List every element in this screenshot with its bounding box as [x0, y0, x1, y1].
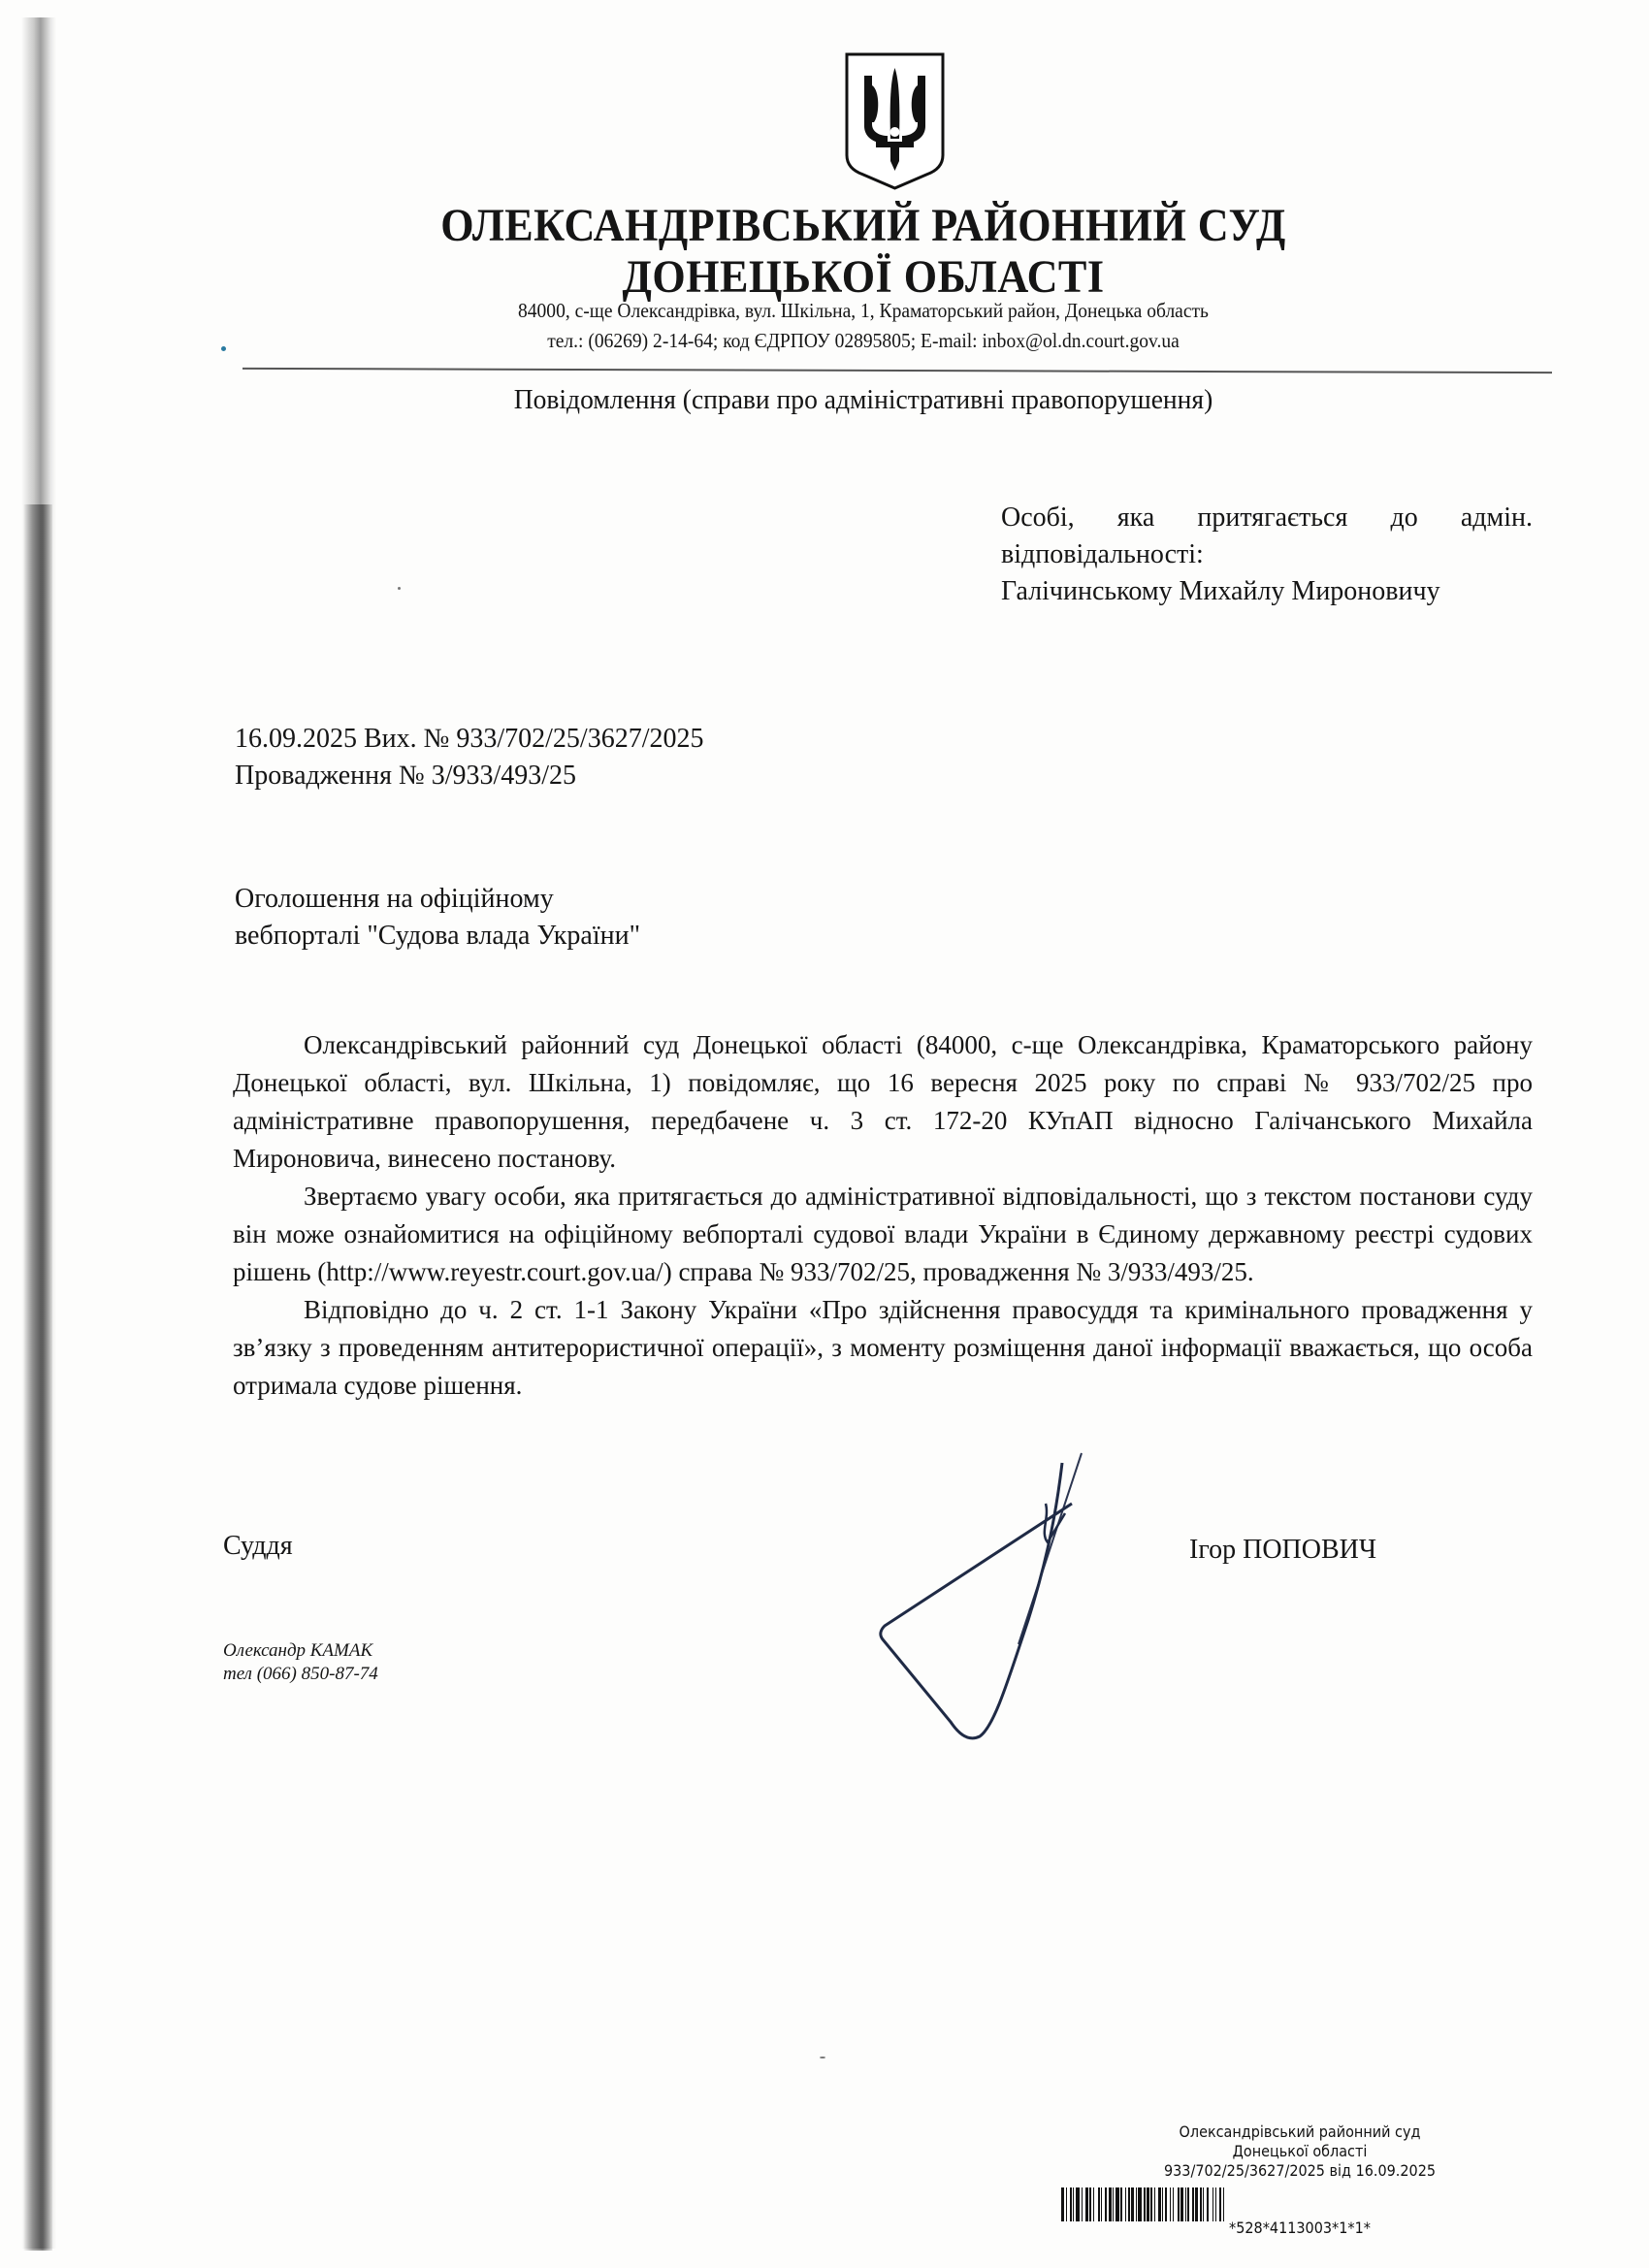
- scan-shadow-edge-dark: [23, 504, 52, 2251]
- stamp-line1: Олександрівський районний суд: [1082, 2122, 1518, 2142]
- judge-role: Суддя: [223, 1531, 293, 1562]
- header-divider: [242, 368, 1552, 373]
- announcement-line1: Оголошення на офіційному: [235, 881, 640, 918]
- outgoing-number: 16.09.2025 Вих. № 933/702/25/3627/2025: [235, 721, 704, 758]
- recipient-line1: Особі, яка притягається до адмін.: [1001, 500, 1533, 536]
- handwritten-signature-icon: [737, 1445, 1106, 1746]
- stamp-line3: 933/702/25/3627/2025 від 16.09.2025: [1082, 2161, 1518, 2181]
- references-block: 16.09.2025 Вих. № 933/702/25/3627/2025 П…: [235, 721, 704, 794]
- barcode-text: *528*4113003*1*1*: [1082, 2219, 1518, 2237]
- executor-name: Олександр КАМАК: [223, 1639, 378, 1663]
- scan-dot: [221, 346, 226, 351]
- recipient-block: Особі, яка притягається до адмін. відпов…: [1001, 500, 1533, 610]
- announcement-block: Оголошення на офіційному вебпорталі "Суд…: [235, 881, 640, 955]
- executor-block: Олександр КАМАК тел (066) 850-87-74: [223, 1639, 378, 1686]
- scan-speck: [398, 587, 401, 590]
- judge-name: Ігор ПОПОВИЧ: [1189, 1535, 1376, 1566]
- notice-body: Олександрівський районний суд Донецької …: [233, 1026, 1533, 1405]
- court-contacts: тел.: (06269) 2-14-64; код ЄДРПОУ 028958…: [97, 329, 1631, 353]
- recipient-name: Галічинському Михайлу Мироновичу: [1001, 573, 1533, 610]
- registry-stamp: Олександрівський районний суд Донецької …: [1082, 2122, 1518, 2181]
- court-address: 84000, с-ще Олександрівка, вул. Шкільна,…: [97, 299, 1631, 323]
- recipient-line2: відповідальності:: [1001, 536, 1533, 573]
- body-paragraph: Звертаємо увагу особи, яка притягається …: [233, 1178, 1533, 1291]
- court-name-line2: ДОНЕЦЬКОЇ ОБЛАСТІ: [105, 250, 1622, 304]
- announcement-line2: вебпорталі "Судова влада України": [235, 918, 640, 955]
- executor-phone: тел (066) 850-87-74: [223, 1663, 378, 1686]
- scan-speck: [820, 2057, 825, 2058]
- stamp-line2: Донецької області: [1082, 2142, 1518, 2161]
- proceeding-number: Провадження № 3/933/493/25: [235, 758, 704, 794]
- barcode-bar: [1224, 2187, 1227, 2221]
- trident-coat-of-arms-icon: [839, 47, 951, 192]
- barcode-icon: [1061, 2187, 1451, 2221]
- court-name-line1: ОЛЕКСАНДРІВСЬКИЙ РАЙОННИЙ СУД: [105, 199, 1622, 252]
- body-paragraph: Олександрівський районний суд Донецької …: [233, 1026, 1533, 1178]
- body-paragraph: Відповідно до ч. 2 ст. 1-1 Закону Україн…: [233, 1291, 1533, 1405]
- notice-type: Повідомлення (справи про адміністративні…: [81, 384, 1647, 416]
